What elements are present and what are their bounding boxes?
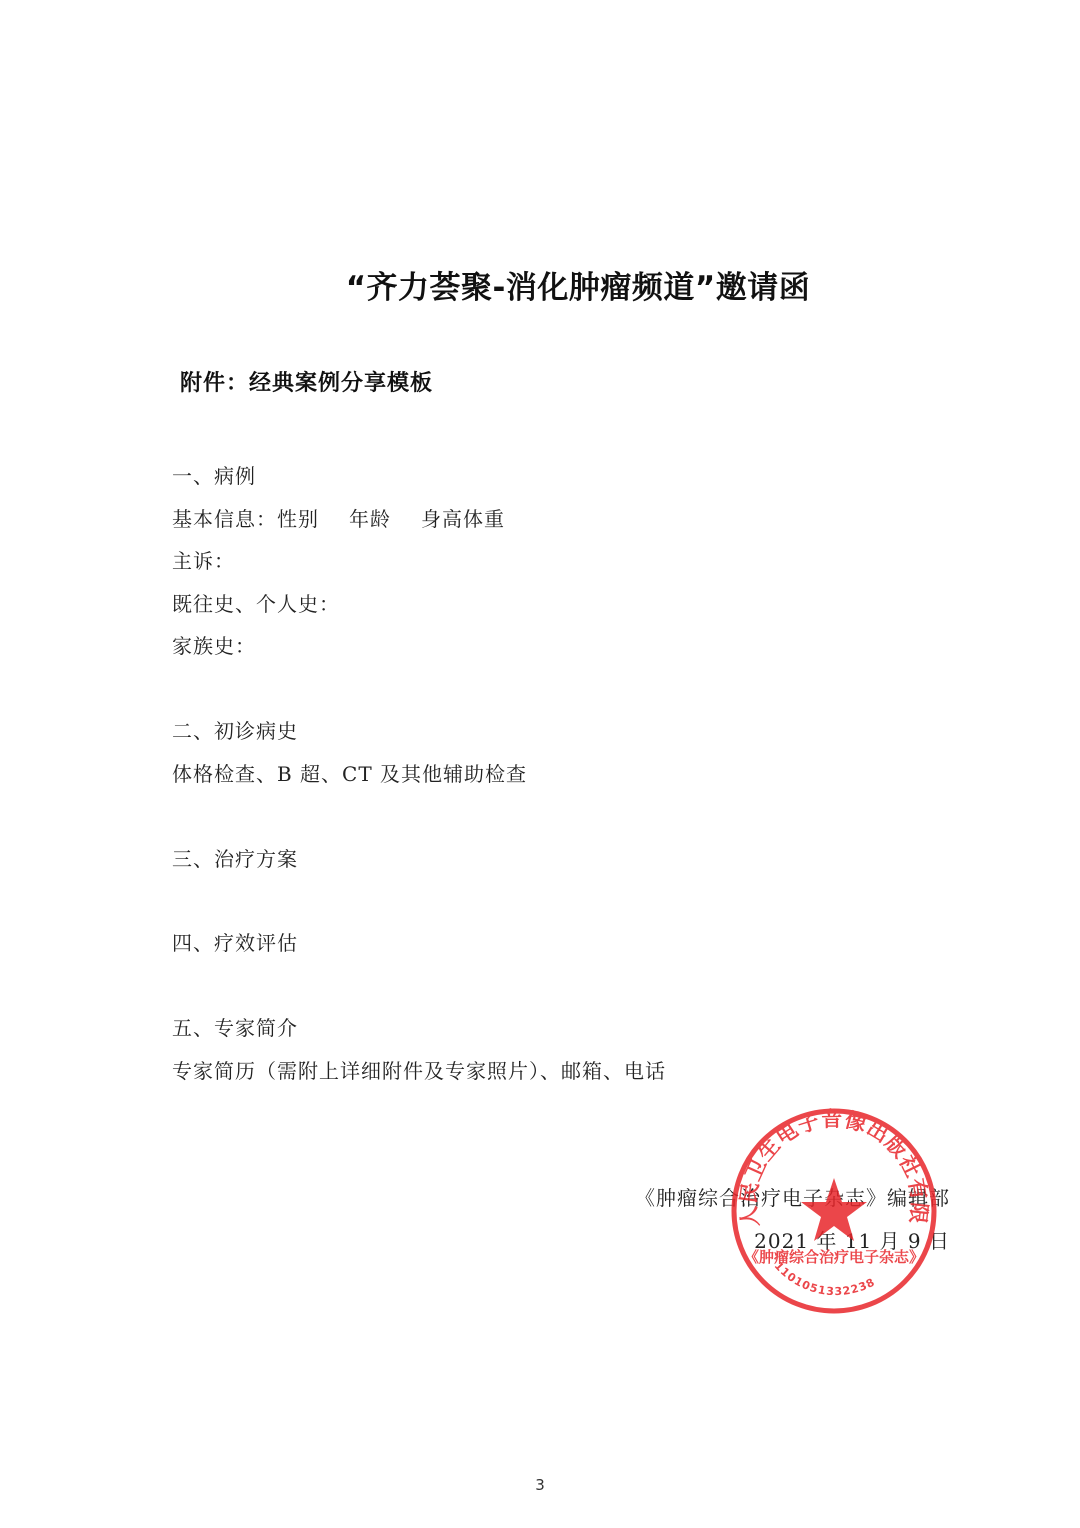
past-personal-history-line: 既往史、个人史： (172, 588, 340, 617)
section-heading-expert-profile: 五、专家简介 (172, 1012, 298, 1041)
section-heading-efficacy-evaluation: 四、疗效评估 (172, 927, 298, 956)
section-heading-case: 一、病例 (172, 460, 256, 489)
field-gender: 性别 (277, 507, 319, 531)
chief-complaint-line: 主诉： (172, 545, 235, 574)
signature-date: 2021 年 11 月 9 日 (754, 1225, 950, 1254)
family-history-line: 家族史： (172, 630, 256, 659)
examination-line: 体格检查、B 超、CT 及其他辅助检查 (172, 758, 527, 787)
signature-organization: 《肿瘤综合治疗电子杂志》编辑部 (635, 1182, 950, 1211)
field-height-weight: 身高体重 (421, 507, 505, 531)
field-age: 年龄 (349, 507, 391, 531)
stamp-number: 1101051332238 (772, 1259, 878, 1298)
basic-info-line: 基本信息：性别年龄身高体重 (172, 503, 505, 532)
attachment-subtitle: 附件：经典案例分享模板 (180, 366, 433, 397)
section-heading-treatment-plan: 三、治疗方案 (172, 843, 298, 872)
page-number: 3 (0, 1476, 1080, 1494)
basic-info-label: 基本信息： (172, 507, 277, 531)
document-title: “齐力荟聚-消化肿瘤频道”邀请函 (0, 262, 1080, 307)
official-seal-stamp: 人民卫生电子音像出版社有限公司 《肿瘤综合治疗电子杂志》 11010513322… (729, 1106, 939, 1316)
svg-text:1101051332238: 1101051332238 (772, 1259, 878, 1298)
section-heading-initial-history: 二、初诊病史 (172, 715, 298, 744)
expert-profile-line: 专家简历（需附上详细附件及专家照片）、邮箱、电话 (172, 1055, 666, 1084)
